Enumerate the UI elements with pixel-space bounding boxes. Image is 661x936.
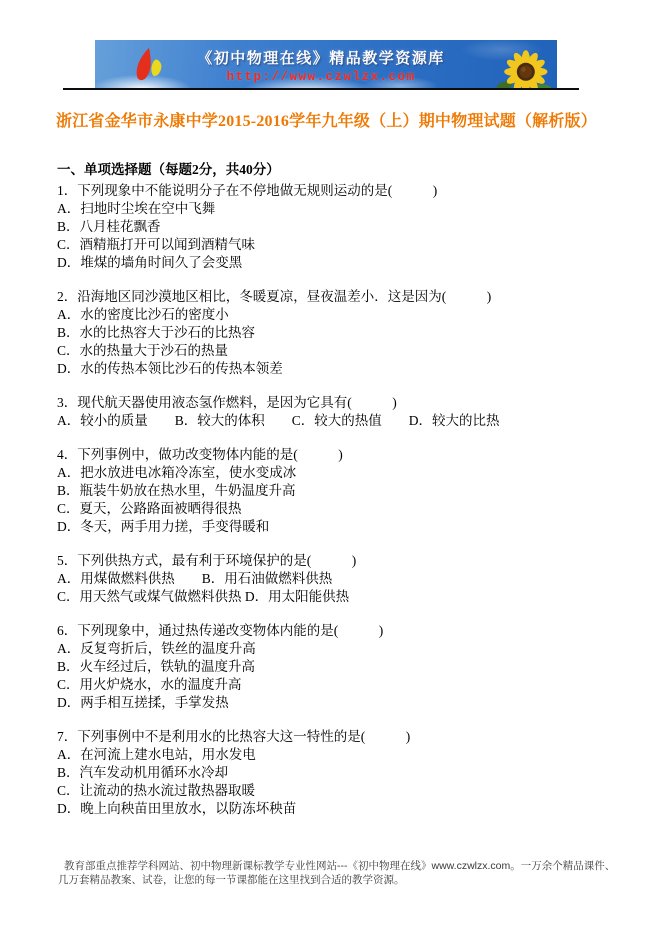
question-7: 7．下列事例中不是利用水的比热容大这一特性的是( ) A．在河流上建水电站，用水…: [57, 728, 622, 818]
sunflower-icon: [497, 50, 551, 88]
question-stem: 3．现代航天器使用液态氢作燃料，是因为它具有( ): [57, 394, 622, 412]
page-footer: 教育部重点推荐学科网站、初中物理新课标教学专业性网站---《初中物理在线》www…: [58, 860, 633, 887]
question-option: B．八月桂花飘香: [57, 218, 622, 236]
exam-document-page: 《初中物理在线》精品教学资源库 http://www.czwlzx.com: [0, 0, 661, 936]
question-2: 2．沿海地区同沙漠地区相比，冬暖夏凉，昼夜温差小．这是因为( ) A．水的密度比…: [57, 288, 622, 378]
question-option: B．水的比热容大于沙石的比热容: [57, 324, 622, 342]
question-option: C．夏天，公路路面被晒得很热: [57, 500, 622, 518]
question-option: C．用火炉烧水，水的温度升高: [57, 676, 622, 694]
question-stem: 5．下列供热方式，最有利于环境保护的是( ): [57, 552, 622, 570]
question-option: A．反复弯折后，铁丝的温度升高: [57, 640, 622, 658]
question-option: A．扫地时尘埃在空中飞舞: [57, 200, 622, 218]
question-stem: 2．沿海地区同沙漠地区相比，冬暖夏凉，昼夜温差小．这是因为( ): [57, 288, 622, 306]
question-stem: 7．下列事例中不是利用水的比热容大这一特性的是( ): [57, 728, 622, 746]
footer-line: 几万套精品教案、试卷，让您的每一节课都能在这里找到合适的教学资源。: [58, 874, 633, 888]
header-divider-rule: [63, 88, 579, 90]
question-option: C．用天然气或煤气做燃料供热 D．用太阳能供热: [57, 588, 622, 606]
question-option: D．晚上向秧苗田里放水，以防冻坏秧苗: [57, 800, 622, 818]
footer-line: 教育部重点推荐学科网站、初中物理新课标教学专业性网站---《初中物理在线》www…: [58, 860, 633, 874]
question-5: 5．下列供热方式，最有利于环境保护的是( ) A．用煤做燃料供热 B．用石油做燃…: [57, 552, 622, 606]
question-option: A．用煤做燃料供热 B．用石油做燃料供热: [57, 570, 622, 588]
question-1: 1．下列现象中不能说明分子在不停地做无规则运动的是( ) A．扫地时尘埃在空中飞…: [57, 182, 622, 272]
question-option: A．在河流上建水电站，用水发电: [57, 746, 622, 764]
section-heading: 一、单项选择题（每题2分，共40分）: [57, 161, 622, 179]
question-body: 一、单项选择题（每题2分，共40分） 1．下列现象中不能说明分子在不停地做无规则…: [57, 161, 622, 818]
site-header-banner: 《初中物理在线》精品教学资源库 http://www.czwlzx.com: [95, 40, 557, 88]
question-option: B．瓶装牛奶放在热水里，牛奶温度升高: [57, 482, 622, 500]
question-option: D．冬天，两手用力搓，手变得暖和: [57, 518, 622, 536]
question-option: D．堆煤的墙角时间久了会变黑: [57, 254, 622, 272]
question-option: B．汽车发动机用循环水冷却: [57, 764, 622, 782]
question-option: C．酒精瓶打开可以闻到酒精气味: [57, 236, 622, 254]
question-stem: 1．下列现象中不能说明分子在不停地做无规则运动的是( ): [57, 182, 622, 200]
question-option: A．较小的质量 B．较大的体积 C．较大的热值 D．较大的比热: [57, 412, 622, 430]
question-6: 6．下列现象中，通过热传递改变物体内能的是( ) A．反复弯折后，铁丝的温度升高…: [57, 622, 622, 712]
question-option: C．让流动的热水流过散热器取暖: [57, 782, 622, 800]
question-option: B．火车经过后，铁轨的温度升高: [57, 658, 622, 676]
question-4: 4．下列事例中，做功改变物体内能的是( ) A．把水放进电冰箱冷冻室，使水变成冰…: [57, 446, 622, 536]
question-stem: 4．下列事例中，做功改变物体内能的是( ): [57, 446, 622, 464]
question-option: A．水的密度比沙石的密度小: [57, 306, 622, 324]
question-stem: 6．下列现象中，通过热传递改变物体内能的是( ): [57, 622, 622, 640]
question-3: 3．现代航天器使用液态氢作燃料，是因为它具有( ) A．较小的质量 B．较大的体…: [57, 394, 622, 430]
question-option: D．两手相互搓揉，手掌发热: [57, 694, 622, 712]
banner-text-block: 《初中物理在线》精品教学资源库 http://www.czwlzx.com: [157, 40, 485, 88]
question-option: A．把水放进电冰箱冷冻室，使水变成冰: [57, 464, 622, 482]
site-title: 《初中物理在线》精品教学资源库: [157, 47, 485, 68]
doc-title: 浙江省金华市永康中学2015-2016学年九年级（上）期中物理试题（解析版）: [56, 108, 626, 131]
site-url-link[interactable]: http://www.czwlzx.com: [157, 70, 485, 84]
question-option: D．水的传热本领比沙石的传热本领差: [57, 360, 622, 378]
question-option: C．水的热量大于沙石的热量: [57, 342, 622, 360]
